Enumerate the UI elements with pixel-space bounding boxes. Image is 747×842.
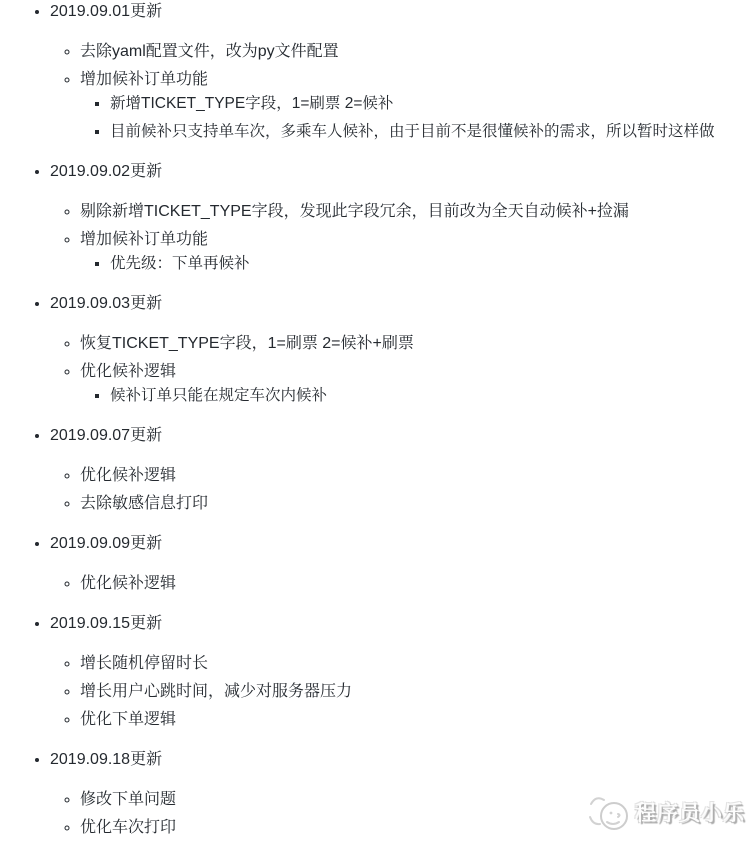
watermark: 程序员小乐 [587,790,745,838]
section-title: 2019.09.03更新 [50,295,162,312]
update-item-text: 去除yaml配置文件，改为py文件配置 [80,43,339,60]
sub-item-text: 目前候补只支持单车次，多乘车人候补，由于目前不是很懂候补的需求，所以暂时这样做 [110,123,715,140]
section-title: 2019.09.02更新 [50,163,162,180]
section-title: 2019.09.07更新 [50,427,162,444]
update-item: 优化候补逻辑 [80,464,747,488]
update-item-text: 增长随机停留时长 [80,655,208,672]
changelog-section: 2019.09.02更新 剔除新增TICKET_TYPE字段，发现此字段冗余，目… [50,160,747,276]
section-title: 2019.09.09更新 [50,535,162,552]
update-item-text: 增加候补订单功能 [80,231,208,248]
sub-item: 目前候补只支持单车次，多乘车人候补，由于目前不是很懂候补的需求，所以暂时这样做 [110,120,747,144]
update-item: 优化候补逻辑 候补订单只能在规定车次内候补 [80,360,747,408]
changelog-section: 2019.09.03更新 恢复TICKET_TYPE字段，1=刷票 2=候补+刷… [50,292,747,408]
update-item: 去除敏感信息打印 [80,492,747,516]
update-item-text: 优化候补逻辑 [80,467,176,484]
update-item: 剔除新增TICKET_TYPE字段，发现此字段冗余，目前改为全天自动候补+捡漏 [80,200,747,224]
update-item-text: 优化车次打印 [80,819,176,836]
update-item-text: 增长用户心跳时间，减少对服务器压力 [80,683,352,700]
update-item-text: 恢复TICKET_TYPE字段，1=刷票 2=候补+刷票 [80,335,414,352]
update-item-text: 修改下单问题 [80,791,176,808]
sub-items: 优先级：下单再候补 [80,252,747,276]
sub-item-text: 新增TICKET_TYPE字段，1=刷票 2=候补 [110,95,393,112]
sub-items: 候补订单只能在规定车次内候补 [80,384,747,408]
sub-item: 候补订单只能在规定车次内候补 [110,384,747,408]
sub-items: 新增TICKET_TYPE字段，1=刷票 2=候补 目前候补只支持单车次，多乘车… [80,92,747,144]
changelog-document: 2019.09.01更新 去除yaml配置文件，改为py文件配置 增加候补订单功… [0,0,747,840]
section-items: 恢复TICKET_TYPE字段，1=刷票 2=候补+刷票 优化候补逻辑 候补订单… [50,332,747,408]
update-item: 去除yaml配置文件，改为py文件配置 [80,40,747,64]
mascot-icon [587,790,633,838]
update-item: 增加候补订单功能 优先级：下单再候补 [80,228,747,276]
update-item: 增长随机停留时长 [80,652,747,676]
changelog-section: 2019.09.15更新 增长随机停留时长 增长用户心跳时间，减少对服务器压力 … [50,612,747,732]
changelog-section: 2019.09.07更新 优化候补逻辑 去除敏感信息打印 [50,424,747,516]
changelog-section: 2019.09.01更新 去除yaml配置文件，改为py文件配置 增加候补订单功… [50,0,747,144]
sub-item-text: 候补订单只能在规定车次内候补 [110,387,327,404]
update-item-text: 去除敏感信息打印 [80,495,208,512]
update-item-text: 增加候补订单功能 [80,71,208,88]
watermark-label: 程序员小乐 [635,802,745,826]
sub-item: 新增TICKET_TYPE字段，1=刷票 2=候补 [110,92,747,116]
section-items: 优化候补逻辑 [50,572,747,596]
section-items: 去除yaml配置文件，改为py文件配置 增加候补订单功能 新增TICKET_TY… [50,40,747,144]
changelog-section: 2019.09.09更新 优化候补逻辑 [50,532,747,596]
update-item: 恢复TICKET_TYPE字段，1=刷票 2=候补+刷票 [80,332,747,356]
update-item-text: 优化下单逻辑 [80,711,176,728]
update-item-text: 优化候补逻辑 [80,575,176,592]
sub-item-text: 优先级：下单再候补 [110,255,250,272]
section-items: 剔除新增TICKET_TYPE字段，发现此字段冗余，目前改为全天自动候补+捡漏 … [50,200,747,276]
section-items: 优化候补逻辑 去除敏感信息打印 [50,464,747,516]
sub-item: 优先级：下单再候补 [110,252,747,276]
update-item-text: 剔除新增TICKET_TYPE字段，发现此字段冗余，目前改为全天自动候补+捡漏 [80,203,629,220]
update-item-text: 优化候补逻辑 [80,363,176,380]
update-item: 优化候补逻辑 [80,572,747,596]
section-items: 增长随机停留时长 增长用户心跳时间，减少对服务器压力 优化下单逻辑 [50,652,747,732]
section-title: 2019.09.15更新 [50,615,162,632]
update-item: 增长用户心跳时间，减少对服务器压力 [80,680,747,704]
section-title: 2019.09.18更新 [50,751,162,768]
update-item: 增加候补订单功能 新增TICKET_TYPE字段，1=刷票 2=候补 目前候补只… [80,68,747,144]
changelog-list: 2019.09.01更新 去除yaml配置文件，改为py文件配置 增加候补订单功… [18,0,747,840]
section-title: 2019.09.01更新 [50,3,162,20]
update-item: 优化下单逻辑 [80,708,747,732]
